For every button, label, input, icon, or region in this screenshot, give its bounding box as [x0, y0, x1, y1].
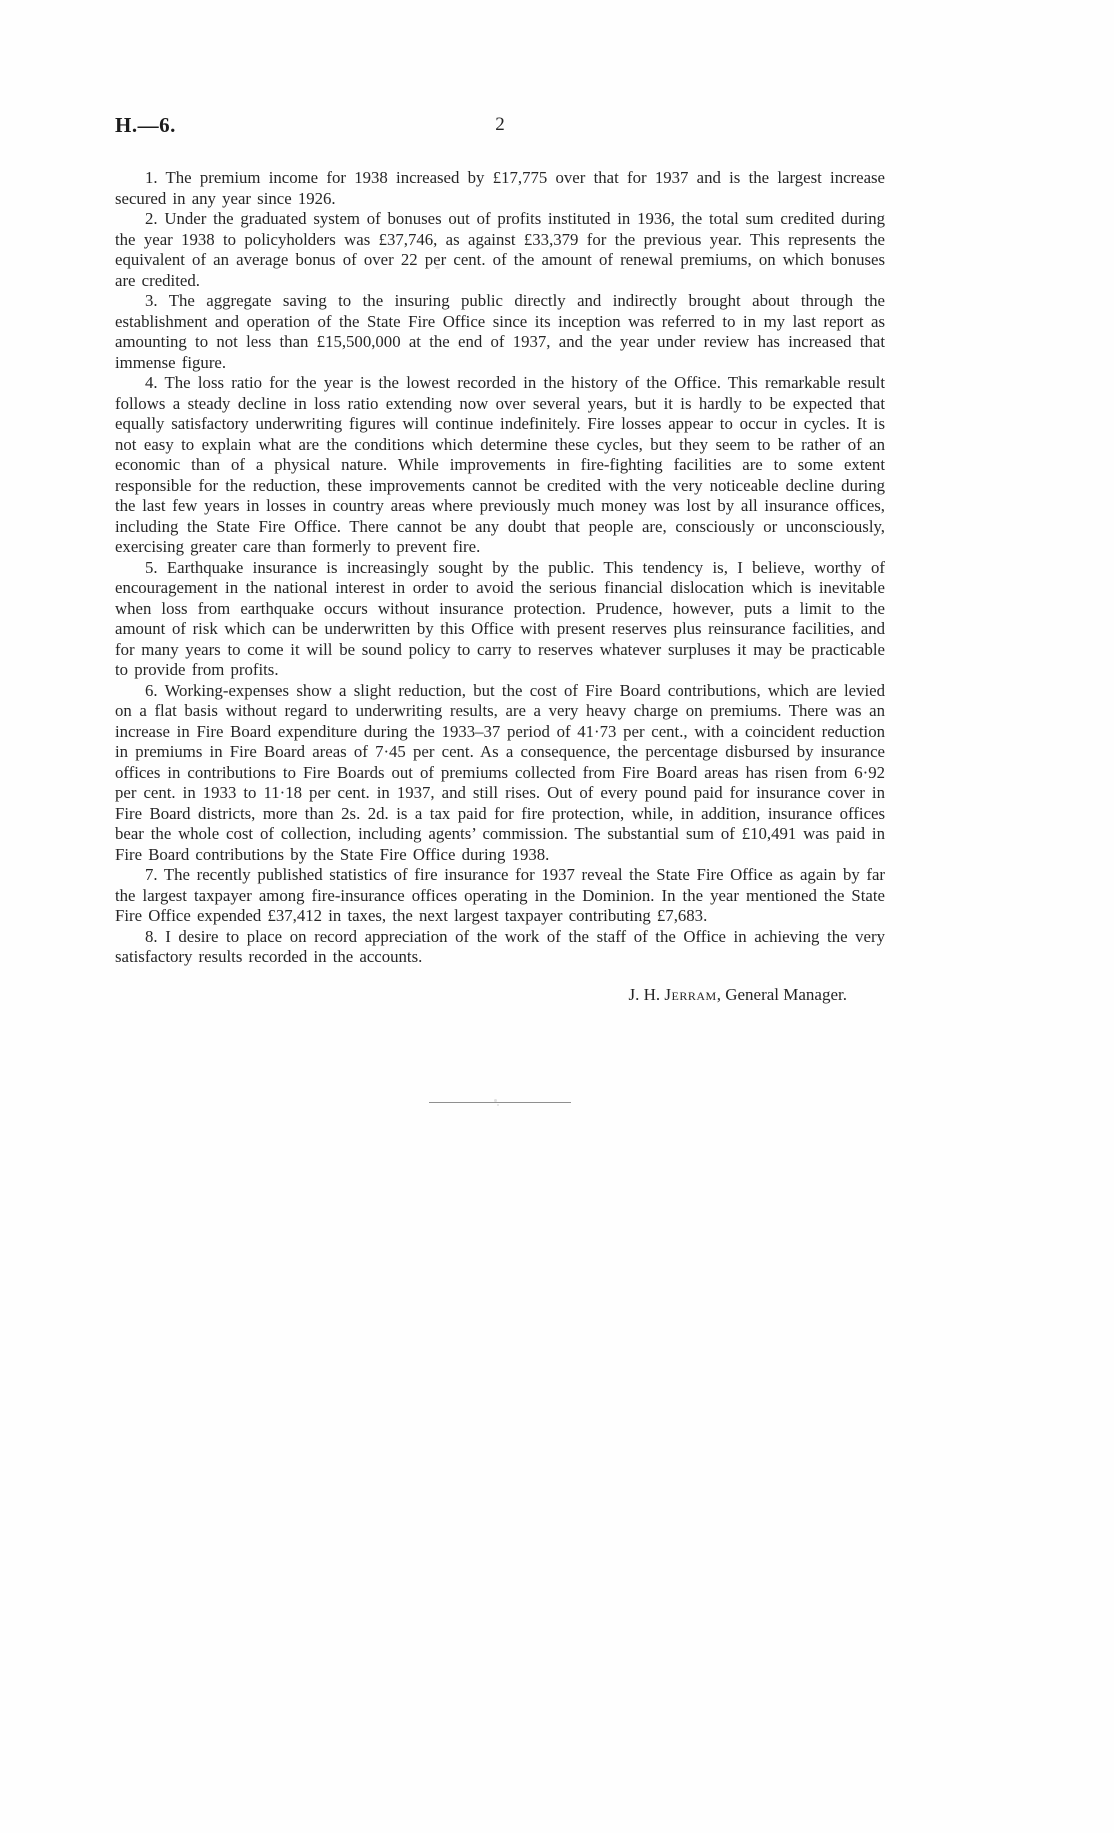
paragraph-staff-appreciation: 8. I desire to place on record appreciat…: [115, 927, 885, 968]
scanned-document-page: H.—6. 2 1. The premium income for 1938 i…: [0, 0, 1114, 1833]
paragraph-bonuses: 2. Under the graduated system of bonuses…: [115, 209, 885, 291]
page-number: 2: [115, 114, 885, 136]
scan-artifact: [435, 266, 440, 269]
scan-artifact: [497, 1104, 499, 1106]
paragraph-working-expenses: 6. Working-expenses show a slight reduct…: [115, 681, 885, 866]
paragraph-fire-statistics: 7. The recently published statistics of …: [115, 865, 885, 927]
report-body: 1. The premium income for 1938 increased…: [115, 168, 885, 968]
text-column: H.—6. 2 1. The premium income for 1938 i…: [115, 113, 885, 1103]
paragraph-loss-ratio: 4. The loss ratio for the year is the lo…: [115, 373, 885, 558]
scan-artifact: [494, 1099, 497, 1102]
paragraph-premium-income: 1. The premium income for 1938 increased…: [115, 168, 885, 209]
page-header: H.—6. 2: [115, 113, 885, 137]
paragraph-earthquake: 5. Earthquake insurance is increasingly …: [115, 558, 885, 681]
signature-title: , General Manager.: [717, 985, 847, 1004]
paragraph-aggregate-saving: 3. The aggregate saving to the insuring …: [115, 291, 885, 373]
signature-surname: Jerram: [664, 985, 716, 1004]
signature-line: J. H. Jerram, General Manager.: [115, 985, 885, 1006]
signature-initials: J. H.: [629, 985, 665, 1004]
section-divider-rule: [429, 1102, 571, 1103]
